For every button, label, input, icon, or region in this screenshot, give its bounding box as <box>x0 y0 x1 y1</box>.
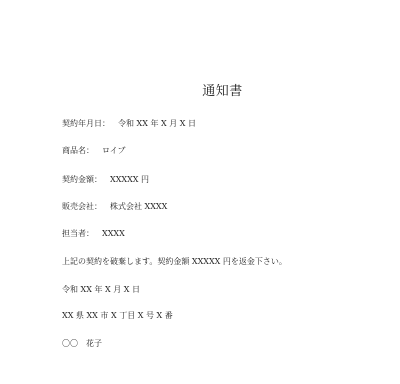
field-person-in-charge: 担当者：XXXX <box>62 229 125 239</box>
field-label: 商品名： <box>62 146 94 156</box>
field-contract-amount: 契約金額：XXXXX 円 <box>62 175 149 185</box>
sender-name: 〇〇 花子 <box>62 339 102 349</box>
sender-address: XX 県 XX 市 X 丁目 X 号 X 番 <box>62 311 173 321</box>
field-label: 担当者： <box>62 229 94 239</box>
field-product-name: 商品名：ロイブ <box>62 146 126 156</box>
field-seller-company: 販売会社：株式会社 XXXX <box>62 202 167 212</box>
field-label: 契約年月日： <box>62 119 110 129</box>
document-title: 通知書 <box>0 80 400 99</box>
body-text: 上記の契約を破棄します。契約金額 XXXXX 円を返金下さい。 <box>62 257 287 267</box>
field-label: 販売会社： <box>62 202 102 212</box>
field-value: 株式会社 XXXX <box>110 202 167 212</box>
field-value: XXXX <box>102 229 125 239</box>
notice-date: 令和 XX 年 X 月 X 日 <box>62 285 140 295</box>
field-contract-date: 契約年月日：令和 XX 年 X 月 X 日 <box>62 119 196 129</box>
field-label: 契約金額： <box>62 175 102 185</box>
field-value: ロイブ <box>102 146 126 156</box>
field-value: 令和 XX 年 X 月 X 日 <box>118 119 196 129</box>
document-page: 通知書 契約年月日：令和 XX 年 X 月 X 日 商品名：ロイブ 契約金額：X… <box>0 0 400 384</box>
field-value: XXXXX 円 <box>110 175 149 185</box>
